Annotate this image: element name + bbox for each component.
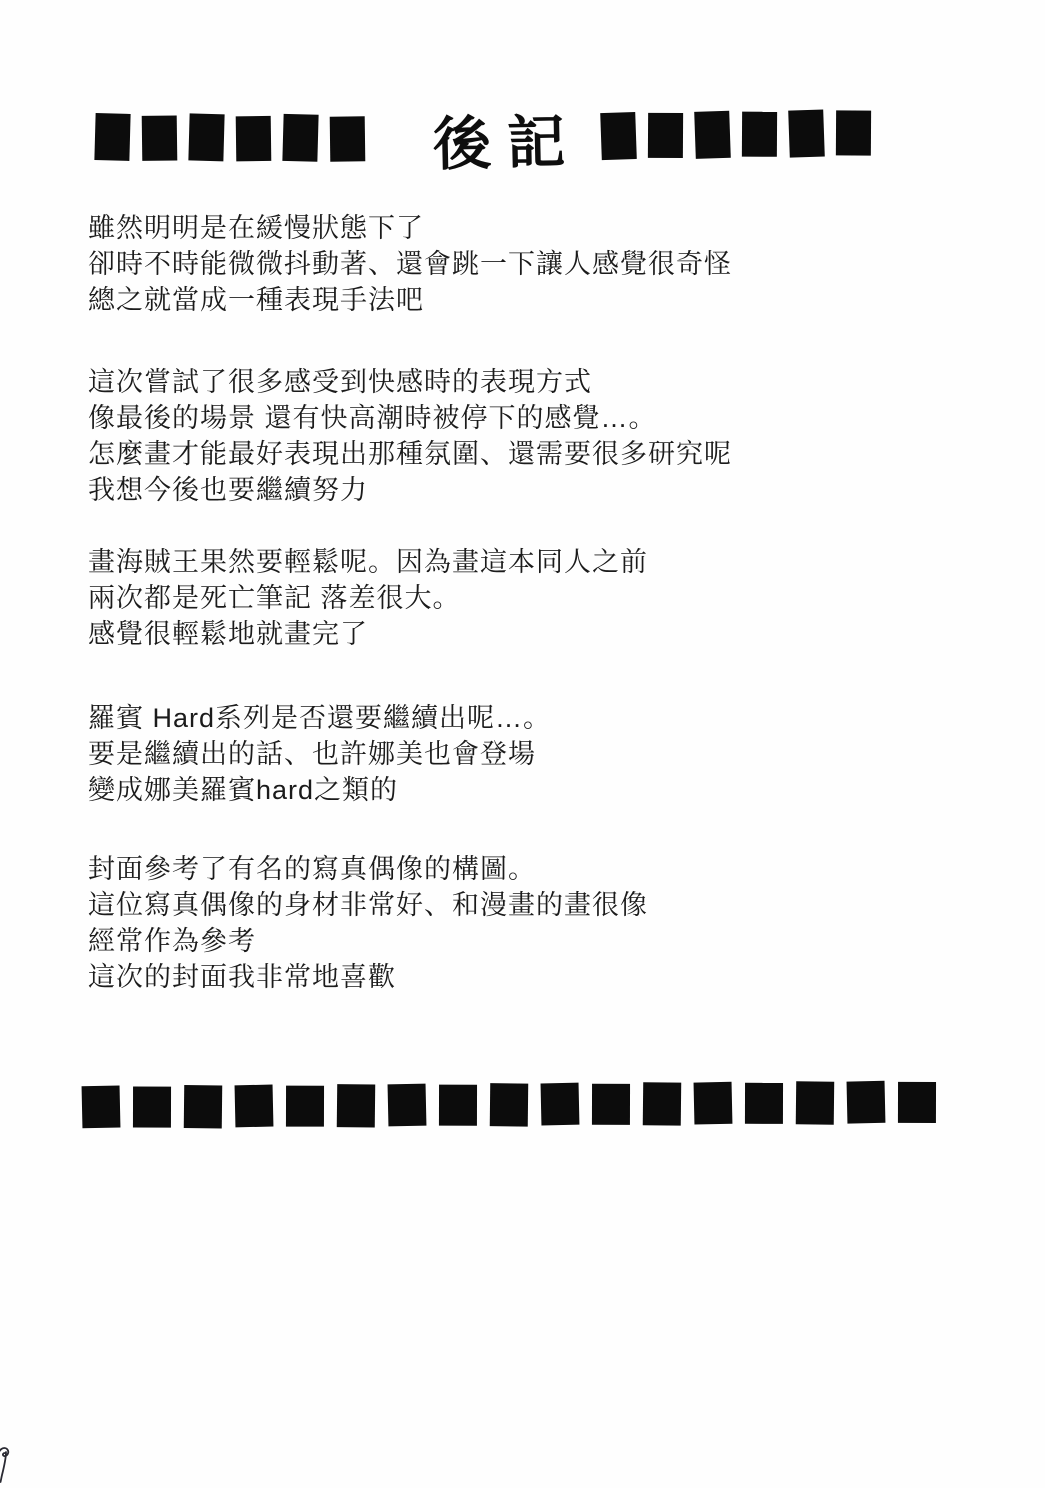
header-right-squares [601, 109, 872, 160]
black-square-decoration [694, 111, 731, 159]
header-left-squares [95, 113, 365, 161]
text-line: 怎麼畫才能最好表現出那種氛圍、還需要很多研究呢 [88, 436, 732, 472]
black-square-decoration [643, 1082, 681, 1125]
black-square-decoration [337, 1084, 375, 1127]
black-square-decoration [600, 112, 637, 160]
text-line: 封面參考了有名的寫真偶像的構圖。 [88, 851, 648, 887]
afterword-paragraph: 封面參考了有名的寫真偶像的構圖。這位寫真偶像的身材非常好、和漫畫的畫很像經常作為… [88, 851, 648, 995]
text-line: 經常作為參考 [88, 923, 648, 959]
black-square-decoration [133, 1087, 171, 1128]
black-square-decoration [490, 1083, 528, 1126]
text-line: 兩次都是死亡筆記 落差很大。 [88, 580, 648, 616]
afterword-paragraph: 雖然明明是在緩慢狀態下了卻時不時能微微抖動著、還會跳一下讓人感覺很奇怪總之就當成… [88, 210, 732, 318]
black-square-decoration [745, 1083, 783, 1124]
black-square-decoration [142, 115, 178, 160]
text-line: 這次嘗試了很多感受到快感時的表現方式 [88, 364, 732, 400]
text-line: 畫海賊王果然要輕鬆呢。因為畫這本同人之前 [88, 544, 648, 580]
black-square-decoration [847, 1081, 886, 1124]
black-square-decoration [796, 1081, 834, 1124]
footer-squares [82, 1081, 936, 1129]
black-square-decoration [742, 112, 777, 157]
text-line: 羅賓 Hard系列是否還要繼續出呢…。 [88, 700, 551, 736]
black-square-decoration [82, 1085, 121, 1128]
black-square-decoration [541, 1083, 580, 1126]
black-square-decoration [282, 114, 318, 162]
text-line: 我想今後也要繼續努力 [88, 472, 732, 508]
text-line: 這次的封面我非常地喜歡 [88, 959, 648, 995]
text-line: 變成娜美羅賓hard之類的 [88, 772, 551, 808]
afterword-paragraph: 畫海賊王果然要輕鬆呢。因為畫這本同人之前兩次都是死亡筆記 落差很大。感覺很輕鬆地… [88, 544, 648, 652]
text-line: 感覺很輕鬆地就畫完了 [88, 616, 648, 652]
afterword-title: 後記 [432, 94, 582, 181]
text-line: 要是繼續出的話、也許娜美也會登場 [88, 736, 551, 772]
text-line: 總之就當成一種表現手法吧 [88, 282, 732, 318]
black-square-decoration [188, 113, 224, 161]
black-square-decoration [330, 116, 366, 161]
black-square-decoration [439, 1085, 477, 1126]
black-square-decoration [184, 1085, 222, 1128]
black-square-decoration [236, 116, 272, 161]
black-square-decoration [592, 1084, 630, 1125]
text-line: 這位寫真偶像的身材非常好、和漫畫的畫很像 [88, 887, 648, 923]
black-square-decoration [235, 1085, 274, 1128]
black-square-decoration [836, 110, 871, 155]
handwritten-corner-mark-icon [0, 1445, 18, 1485]
afterword-paragraph: 羅賓 Hard系列是否還要繼續出呢…。要是繼續出的話、也許娜美也會登場變成娜美羅… [88, 700, 551, 808]
black-square-decoration [788, 109, 825, 157]
text-line: 像最後的場景 還有快高潮時被停下的感覺…。 [88, 400, 732, 436]
text-line: 雖然明明是在緩慢狀態下了 [88, 210, 732, 246]
black-square-decoration [898, 1082, 936, 1123]
afterword-paragraph: 這次嘗試了很多感受到快感時的表現方式像最後的場景 還有快高潮時被停下的感覺…。怎… [88, 364, 732, 508]
black-square-decoration [286, 1086, 324, 1127]
text-line: 卻時不時能微微抖動著、還會跳一下讓人感覺很奇怪 [88, 246, 732, 282]
scanned-page: 後記 雖然明明是在緩慢狀態下了卻時不時能微微抖動著、還會跳一下讓人感覺很奇怪總之… [0, 0, 1045, 1488]
black-square-decoration [694, 1082, 733, 1125]
black-square-decoration [388, 1084, 427, 1127]
black-square-decoration [648, 113, 683, 158]
black-square-decoration [94, 113, 130, 161]
